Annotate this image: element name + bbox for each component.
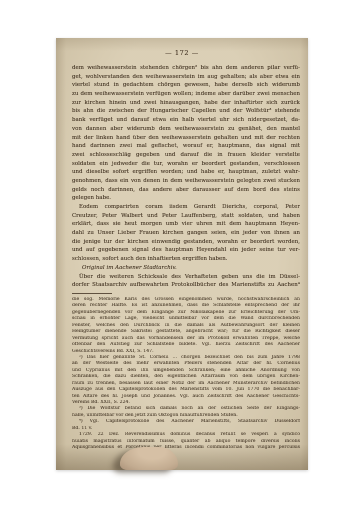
text-line: dem weihewasserstein stehenden chörgen² … — [72, 64, 300, 73]
text-line: Heiligtümer dienende Sakristei gestattet… — [72, 329, 300, 335]
text-line: Creutzer, Peter Walbert und Peter Lauffe… — [72, 212, 300, 221]
text-line: offenbar den Aufstieg zur Schlafstelle b… — [72, 342, 300, 348]
text-line: gelegen habe. — [72, 194, 300, 203]
footnote-separator — [72, 293, 112, 294]
text-line: zu dem weihewasserstein verfügen wollen;… — [72, 90, 300, 99]
text-line: genohmen, dass ein von denen in dem weih… — [72, 177, 300, 186]
text-line: von dannen aber widerumb dem weihewasser… — [72, 125, 300, 134]
text-line: bis ahn die zwischen der Hungarischer Ca… — [72, 107, 300, 116]
footnote-entry-1729: 1729. 22 Dez. Reverendissimus dominus de… — [72, 432, 300, 451]
text-line: Schranken, die dazu dienten, den eigentl… — [72, 374, 300, 380]
footnote-2-cornelii-choergen: ²) Das hier genannte St. Cornelii … chör… — [72, 355, 300, 407]
text-line: zwei schlosseschläg gegeben und darauf d… — [72, 151, 300, 160]
text-line: ³) Die Wolfstür befand sich damals noch … — [72, 406, 300, 412]
text-line: die jenige tur der kirchen einwendig ges… — [72, 238, 300, 247]
text-line: Aquisgranensibus et Porcetanis per litte… — [72, 445, 300, 451]
source-attribution: Original im Aachener Stadtarchiv. — [72, 264, 300, 273]
text-line: und auf gegebenen signal des hauptman He… — [72, 246, 300, 255]
screenshot-canvas: { "colors": { "background": "#ffffff", "… — [0, 0, 363, 512]
text-line: schlossen, sofort auch den inhaftierten … — [72, 255, 300, 264]
main-text: dem weihewasserstein stehenden chörgen² … — [72, 64, 300, 290]
text-line: dahl zu Unser Lieber Frauen kirchen gang… — [72, 229, 300, 238]
text-line: mit der linken hand über den weihewasser… — [72, 134, 300, 143]
text-line: bank verfüget und darauf etwa ein halb v… — [72, 116, 300, 125]
text-line: schau in erhöhter Lage, vielleicht unmit… — [72, 316, 300, 322]
text-line: Über die weiteren Schicksale des Verhaft… — [72, 273, 300, 282]
paragraph-weitere-schicksale: Über die weiteren Schicksale des Verhaft… — [72, 273, 300, 290]
text-line: an der Westseite des mehr erwähnten Pfei… — [72, 361, 300, 367]
text-line: erklärt, dass sie heut morgen umb vier u… — [72, 220, 300, 229]
footnote-1-continuation: die sog. Memorie Karls des Grossen einge… — [72, 297, 300, 355]
footnotes: die sog. Memorie Karls des Grossen einge… — [72, 297, 300, 452]
text-line: gelds noch darinnen, das andere aber dar… — [72, 186, 300, 195]
scanned-book-page: — 172 — dem weihewasserstein stehenden c… — [56, 38, 308, 470]
text-line: dorfer Staatsarchiv aufbewahrten Protoko… — [72, 281, 300, 290]
text-line: deren rechter Hälfte. Es ist anzunehmen,… — [72, 303, 300, 309]
text-line: viertel stund in gedachtem chörgen gewes… — [72, 81, 300, 90]
footnote-3-wolfstuer: ³) Die Wolfstür befand sich damals noch … — [72, 406, 300, 419]
holding-finger — [120, 447, 178, 470]
text-line: und dieselbe sofort ergriffen worden; un… — [72, 168, 300, 177]
paragraph-eodem-soldiers: Eodem comparirten coram iisdem Gerardt D… — [72, 203, 300, 264]
text-line: Eodem comparirten coram iisdem Gerardt D… — [72, 203, 300, 212]
text-line: Auszüge aus den Capitelsprotokollen des … — [72, 387, 300, 393]
page-number: — 172 — — [56, 49, 308, 57]
text-line: hand darinnen zwei mal gefischet, worauf… — [72, 142, 300, 151]
text-line: zur kirchen hinein und zwei hinausgangen… — [72, 99, 300, 108]
text-line: 1729. 22 Dez. Reverendissimus dominus de… — [72, 432, 300, 438]
text-line: soldaten ein jedweder die tur, worahn er… — [72, 160, 300, 169]
footnote-4-capitelsprotokolle: ⁴) Vgl. Capitelsprotokolle des Aachener … — [72, 419, 300, 432]
text-line: ⁴) Vgl. Capitelsprotokolle des Aachener … — [72, 419, 300, 425]
text-line: Original im Aachener Stadtarchiv. — [72, 264, 300, 273]
paragraph-protocol-continuation: dem weihewasserstein stehenden chörgen² … — [72, 64, 300, 203]
text-line: get, wohlverstanden den weihewasserstein… — [72, 73, 300, 82]
